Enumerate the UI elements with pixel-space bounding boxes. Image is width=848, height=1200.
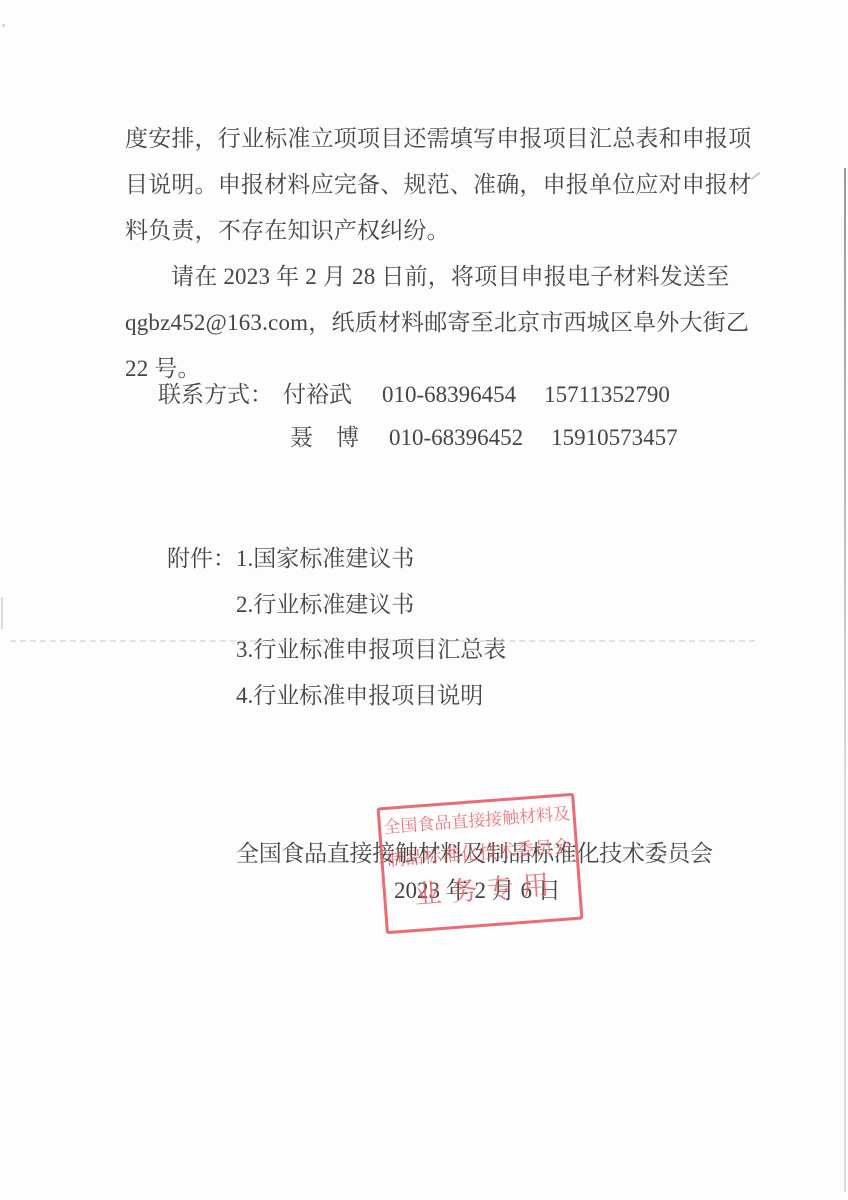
scan-artifact-right-edge-line	[844, 168, 846, 1192]
scan-artifact-horizontal-line	[10, 640, 755, 642]
attachment-row: 附件：1.国家标准建议书	[167, 536, 506, 582]
contact-name: 付裕武	[283, 382, 352, 407]
body-line: 目说明。申报材料应完备、规范、准确，申报单位应对申报材	[125, 162, 725, 208]
contact-mobile: 15711352790	[544, 382, 670, 407]
contact-label: 联系方式：	[158, 382, 273, 407]
scan-artifact-left-mark	[1, 597, 3, 629]
body-paragraphs: 度安排，行业标准立项项目还需填写申报项目汇总表和申报项 目说明。申报材料应完备、…	[125, 116, 725, 392]
body-line-email: qgbz452@163.com，纸质材料邮寄至北京市西城区阜外大街乙	[125, 300, 725, 346]
stamp-text-line: 全国食品直接接触材料及	[380, 804, 573, 838]
contact-row: 联系方式：付裕武010-6839645415711352790	[158, 376, 670, 409]
scan-artifact-left-dot	[2, 24, 5, 27]
attachment-item: 4.行业标准申报项目说明	[167, 673, 506, 719]
contact-mobile: 15910573457	[551, 425, 678, 450]
body-line: 料负责，不存在知识产权纠纷。	[125, 208, 725, 254]
body-line: 请在 2023 年 2 月 28 日前，将项目申报电子材料发送至	[125, 254, 725, 300]
body-line: 度安排，行业标准立项项目还需填写申报项目汇总表和申报项	[125, 116, 725, 162]
attachment-item: 3.行业标准申报项目汇总表	[167, 627, 506, 673]
signature-date: 2023 年 2 月 6 日	[394, 872, 561, 905]
contact-row: 聂 博010-6839645215910573457	[290, 419, 678, 452]
attachment-item: 1.国家标准建议书	[236, 546, 414, 571]
document-page: 度安排，行业标准立项项目还需填写申报项目汇总表和申报项 目说明。申报材料应完备、…	[0, 0, 848, 1200]
signature-organization: 全国食品直接接触材料及制品标准化技术委员会	[236, 835, 713, 868]
contact-phone: 010-68396454	[382, 382, 516, 407]
attachments-list: 附件：1.国家标准建议书 2.行业标准建议书 3.行业标准申报项目汇总表 4.行…	[167, 536, 506, 718]
attachments-label: 附件：	[167, 546, 236, 571]
scan-artifact-tick	[751, 172, 761, 180]
contact-phone: 010-68396452	[389, 425, 523, 450]
attachment-item: 2.行业标准建议书	[167, 582, 506, 628]
contact-name: 聂 博	[290, 425, 359, 450]
